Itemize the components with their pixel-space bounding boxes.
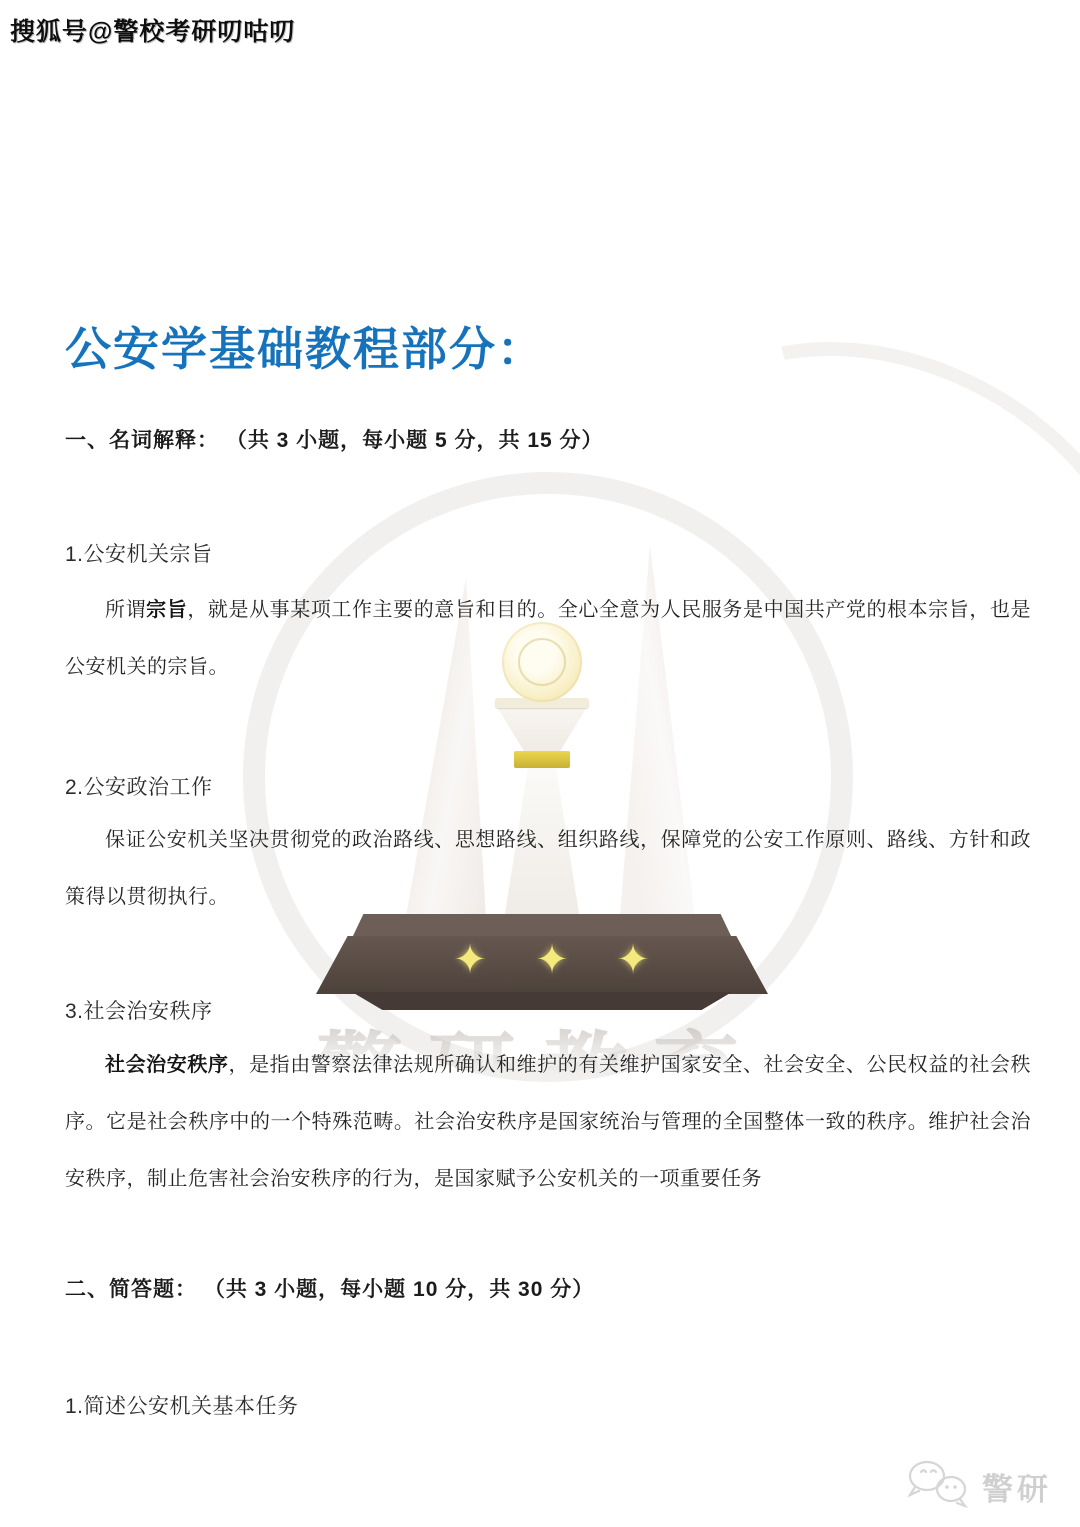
document-body: 公安学基础教程部分： 一、名词解释： （共 3 小题，每小题 5 分，共 15 …: [0, 0, 1080, 1527]
answer-term: 宗旨: [146, 599, 187, 621]
answer-body: ，就是从事某项工作主要的意旨和目的。全心全意为人民服务是中国共产党的根本宗旨，也…: [65, 599, 1031, 678]
answer-body: 保证公安机关坚决贯彻党的政治路线、思想路线、组织路线，保障党的公安工作原则、路线…: [65, 829, 1031, 908]
section-1-heading: 一、名词解释： （共 3 小题，每小题 5 分，共 15 分）: [65, 424, 1031, 454]
question-1-label: 1.公安机关宗旨: [65, 538, 1031, 568]
chat-bubbles-icon: [902, 1458, 974, 1515]
answer-term: 社会治安秩序: [105, 1054, 228, 1076]
page-title: 公安学基础教程部分：: [65, 313, 545, 379]
section-2-heading: 二、简答题： （共 3 小题，每小题 10 分，共 30 分）: [65, 1273, 1031, 1303]
question-3-label: 3.社会治安秩序: [65, 995, 1031, 1025]
question-3-answer: 社会治安秩序，是指由警察法律法规所确认和维护的有关维护国家安全、社会安全、公民权…: [65, 1037, 1031, 1208]
section-2-question-1-label: 1.简述公安机关基本任务: [65, 1390, 1031, 1420]
document-page: ✦ ✦ ✦ 警研教育 搜狐号@警校考研叨咕叨 公安学基础教程部分： 一、名词解释…: [0, 0, 1080, 1527]
answer-lead: 所谓: [105, 599, 146, 621]
question-2-label: 2.公安政治工作: [65, 771, 1031, 801]
source-tag: 搜狐号@警校考研叨咕叨: [10, 12, 295, 48]
question-2-answer: 保证公安机关坚决贯彻党的政治路线、思想路线、组织路线，保障党的公安工作原则、路线…: [65, 812, 1031, 926]
footer-brand-text: 警研: [982, 1464, 1052, 1509]
question-1-answer: 所谓宗旨，就是从事某项工作主要的意旨和目的。全心全意为人民服务是中国共产党的根本…: [65, 582, 1031, 696]
footer-brand-logo: 警研: [902, 1458, 1052, 1515]
